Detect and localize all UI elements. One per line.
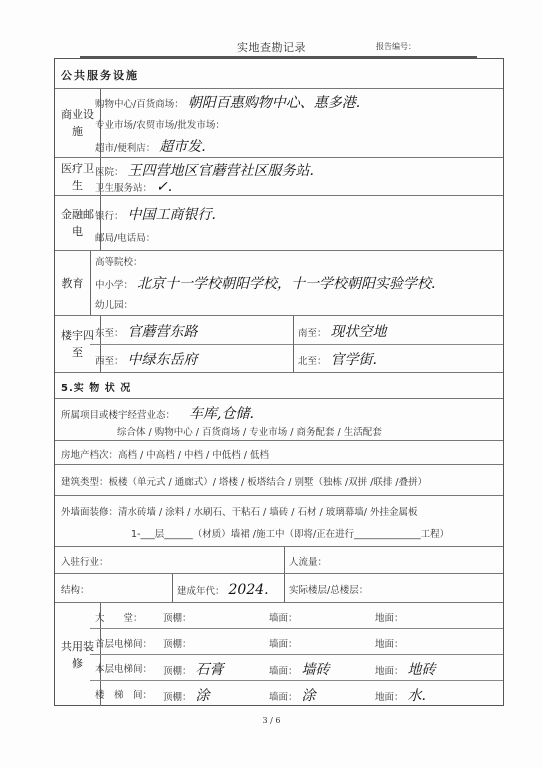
mall-value: 朝阳百惠购物中心、惠多港.: [188, 95, 360, 111]
building-type-row: 建筑类型：板楼（单元式 / 通廊式）/ 塔楼 / 板塔结合 / 别墅（独栋 /双…: [55, 465, 503, 496]
lobby-name: 大 堂：: [95, 610, 143, 624]
education-label: 教育: [55, 251, 91, 315]
commercial-row: 商业设施 购物中心/百货商场：朝阳百惠购物中心、惠多港. 专业市场/农贸市场/批…: [55, 89, 503, 158]
physical-header: 5.实 物 状 况: [55, 373, 503, 399]
education-row: 教育 高等院校： 中小学：北京十一学校朝阳学校，十一学校朝阳实验学校. 幼儿园：: [55, 251, 503, 316]
east-field: 东至：官蘑营东路: [95, 321, 198, 341]
facade-row: 外墙面装修：清水砖墙 / 涂料 / 水刷石、干粘石 / 墙砖 / 石材 / 玻璃…: [55, 496, 503, 547]
building-type-field: 建筑类型：板楼（单元式 / 通廊式）/ 塔楼 / 板塔结合 / 别墅（独栋 /双…: [61, 474, 427, 488]
bank-field: 银行：中国工商银行.: [95, 204, 216, 224]
college-field: 高等院校：: [95, 254, 143, 268]
school-field: 中小学：北京十一学校朝阳学校，十一学校朝阳实验学校.: [95, 273, 435, 293]
south-field: 南至：现状空地: [298, 321, 387, 341]
year-field: 建成年代：2024.: [177, 582, 269, 598]
floors-field: 实际楼层/总楼层：: [289, 582, 368, 596]
lobby-floor: 地面：: [375, 610, 404, 624]
clinic-value: ✓.: [156, 179, 172, 195]
hospital-value: 王四营地区官蘑营社区服务站.: [128, 163, 314, 179]
floor-elevator-wall: 墙面：墙砖: [269, 659, 330, 679]
lobby-wall: 墙面：: [269, 610, 298, 624]
survey-table: 公共服务设施 商业设施 购物中心/百货商场：朝阳百惠购物中心、惠多港. 专业市场…: [54, 58, 504, 706]
supermarket-value: 超市发.: [159, 139, 205, 155]
medical-row: 医疗卫生 医院：王四营地区官蘑营社区服务站. 卫生服务站：✓.: [55, 158, 503, 196]
supermarket-field: 超市/便利店：超市发.: [95, 136, 206, 156]
ground-elevator-name: 首层电梯间：: [95, 636, 152, 650]
market-field: 专业市场/农贸市场/批发市场：: [95, 116, 229, 132]
floor-elevator-name: 本层电梯间：: [95, 661, 152, 675]
boundaries-row: 楼宇四至 东至：官蘑营东路 南至：现状空地 西至：中绿东岳府 北至：官学街.: [55, 316, 503, 373]
year-value: 2024.: [229, 582, 269, 598]
mall-field: 购物中心/百货商场：朝阳百惠购物中心、惠多港.: [95, 92, 360, 112]
traffic-field: 人流量：: [289, 554, 327, 568]
business-row: 所属项目或楼宇经营业态：车库,仓储. 综合体 / 购物中心 / 百货商场 / 专…: [55, 399, 503, 441]
business-field: 所属项目或楼宇经营业态：车库,仓储.: [61, 403, 254, 423]
grade-field: 房地产档次：高档 / 中高档 / 中档 / 中低档 / 低档: [61, 447, 269, 461]
finance-row: 金融邮电 银行：中国工商银行. 邮局/电话局：: [55, 196, 503, 251]
facade-line2: 1-___层______（材质）墙裙 /施工中（即将/正在进行_________…: [131, 526, 449, 540]
grade-row: 房地产档次：高档 / 中高档 / 中档 / 中低档 / 低档: [55, 441, 503, 465]
floor-elevator-floor: 地面：地砖: [375, 659, 436, 679]
report-number-label: 报告编号：: [376, 41, 416, 52]
post-field: 邮局/电话局：: [95, 229, 159, 245]
structure-row: 结构： 建成年代：2024. 实际楼层/总楼层：: [55, 574, 503, 603]
floor-elevator-ceiling: 顶棚：石膏: [163, 659, 224, 679]
stairwell-name: 楼 梯 间：: [95, 687, 152, 701]
industry-row: 入驻行业： 人流量：: [55, 547, 503, 574]
hospital-field: 医院：王四营地区官蘑营社区服务站.: [95, 160, 314, 180]
north-value: 官学街.: [331, 352, 377, 368]
ground-elevator-floor: 地面：: [375, 636, 404, 650]
stairwell-wall: 墙面：涂: [269, 685, 316, 705]
north-field: 北至：官学街.: [298, 349, 377, 369]
public-service-header: 公共服务设施: [55, 59, 503, 89]
school-value: 北京十一学校朝阳学校，十一学校朝阳实验学校.: [137, 276, 435, 292]
ground-elevator-ceiling: 顶棚：: [163, 636, 192, 650]
shared-decor-row: 共用装修 大 堂： 顶棚： 墙面： 地面： 首层电梯间： 顶棚： 墙面： 地面：…: [55, 603, 503, 706]
east-value: 官蘑营东路: [128, 324, 198, 340]
lobby-ceiling: 顶棚：: [163, 610, 192, 624]
facade-field: 外墙面装修：清水砖墙 / 涂料 / 水刷石、干粘石 / 墙砖 / 石材 / 玻璃…: [61, 504, 417, 518]
page-number: 3 / 6: [0, 716, 543, 725]
west-value: 中绿东岳府: [128, 352, 198, 368]
west-field: 西至：中绿东岳府: [95, 349, 198, 369]
stairwell-ceiling: 顶棚：涂: [163, 685, 210, 705]
section-title: 公共服务设施: [61, 67, 139, 83]
business-options: 综合体 / 购物中心 / 百货商场 / 专业市场 / 商务配套 / 生活配套: [117, 424, 382, 438]
kindergarten-field: 幼儿园：: [95, 297, 133, 311]
section-title: 5.实 物 状 况: [61, 379, 131, 394]
bank-value: 中国工商银行.: [128, 207, 216, 223]
industry-field: 入驻行业：: [61, 554, 109, 568]
stairwell-floor: 地面：水.: [375, 685, 426, 705]
clinic-field: 卫生服务站：✓.: [95, 179, 172, 195]
structure-field: 结构：: [61, 582, 90, 596]
business-value: 车库,仓储.: [189, 406, 254, 422]
ground-elevator-wall: 墙面：: [269, 636, 298, 650]
south-value: 现状空地: [331, 324, 387, 340]
page-title: 实地查勘记录: [0, 39, 543, 55]
